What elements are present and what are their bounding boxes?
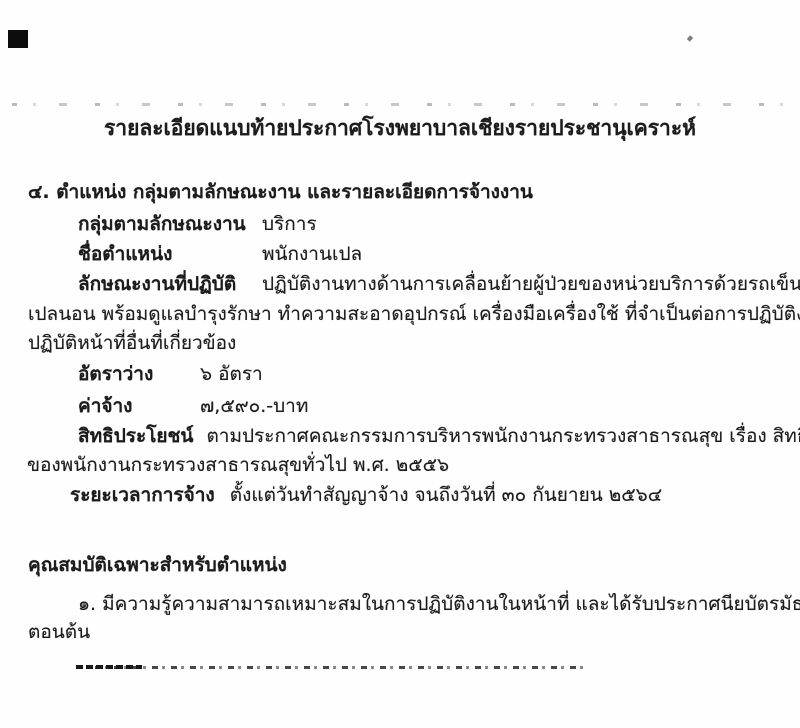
vacancy-field-label: อัตราว่าง xyxy=(78,362,153,386)
benefits-text-line1: ตามประกาศคณะกรรมการบริหารพนักงานกระทรวงส… xyxy=(206,425,800,447)
scanned-document-page: รายละเอียดแนบท้ายประกาศโรงพยาบาลเชียงราย… xyxy=(0,0,800,728)
duties-text-line2: เปลนอน พร้อมดูแลบำรุงรักษา ทำความสะอาดอุ… xyxy=(28,302,800,326)
group-field-value: บริการ xyxy=(262,212,317,236)
dashed-divider-bold-start xyxy=(76,665,142,669)
vacancy-field-value: ๖ อัตรา xyxy=(200,362,263,386)
section4-heading: ๔. ตำแหน่ง กลุ่มตามลักษณะงาน และรายละเอี… xyxy=(28,180,533,204)
position-field-label: ชื่อตำแหน่ง xyxy=(78,242,172,266)
duties-text-line3: ปฏิบัติหน้าที่อื่นที่เกี่ยวข้อง xyxy=(28,331,236,355)
field-row-wage: ค่าจ้าง xyxy=(78,394,132,418)
field-row-duties: ลักษณะงานที่ปฏิบัติ xyxy=(78,272,236,296)
duties-field-label: ลักษณะงานที่ปฏิบัติ xyxy=(78,272,236,296)
document-title: รายละเอียดแนบท้ายประกาศโรงพยาบาลเชียงราย… xyxy=(0,116,800,140)
scan-artifact-speck xyxy=(687,35,693,41)
qualification-item1-line2: ตอนต้น xyxy=(28,620,90,644)
wage-field-value: ๗,๕๙๐.-บาท xyxy=(200,394,308,418)
qualifications-heading: คุณสมบัติเฉพาะสำหรับตำแหน่ง xyxy=(28,553,287,577)
benefits-text-line2: ของพนักงานกระทรวงสาธารณสุขทั่วไป พ.ศ. ๒๕… xyxy=(27,453,449,477)
wage-field-label: ค่าจ้าง xyxy=(78,394,132,418)
benefits-field-label: สิทธิประโยชน์ xyxy=(78,424,193,448)
scan-artifact-black-box xyxy=(8,30,28,48)
period-field-value: ตั้งแต่วันทำสัญญาจ้าง จนถึงวันที่ ๓๐ กัน… xyxy=(230,484,662,506)
position-field-value: พนักงานเปล xyxy=(262,242,362,266)
field-row-position: ชื่อตำแหน่ง xyxy=(78,242,172,266)
field-row-group: กลุ่มตามลักษณะงาน xyxy=(78,212,246,236)
field-row-vacancy: อัตราว่าง xyxy=(78,362,153,386)
duties-text-line1: ปฏิบัติงานทางด้านการเคลื่อนย้ายผู้ป่วยขอ… xyxy=(262,272,800,296)
field-row-benefits: สิทธิประโยชน์ ตามประกาศคณะกรรมการบริหารพ… xyxy=(78,424,800,448)
qualification-item1-line1: ๑. มีความรู้ความสามารถเหมาะสมในการปฏิบัต… xyxy=(78,592,800,616)
field-row-period: ระยะเวลาการจ้าง ตั้งแต่วันทำสัญญาจ้าง จน… xyxy=(70,483,662,507)
dashed-divider-line xyxy=(76,666,588,669)
scan-artifact-dotted-noise-line xyxy=(12,103,790,106)
group-field-label: กลุ่มตามลักษณะงาน xyxy=(78,212,246,236)
period-field-label: ระยะเวลาการจ้าง xyxy=(70,483,215,507)
